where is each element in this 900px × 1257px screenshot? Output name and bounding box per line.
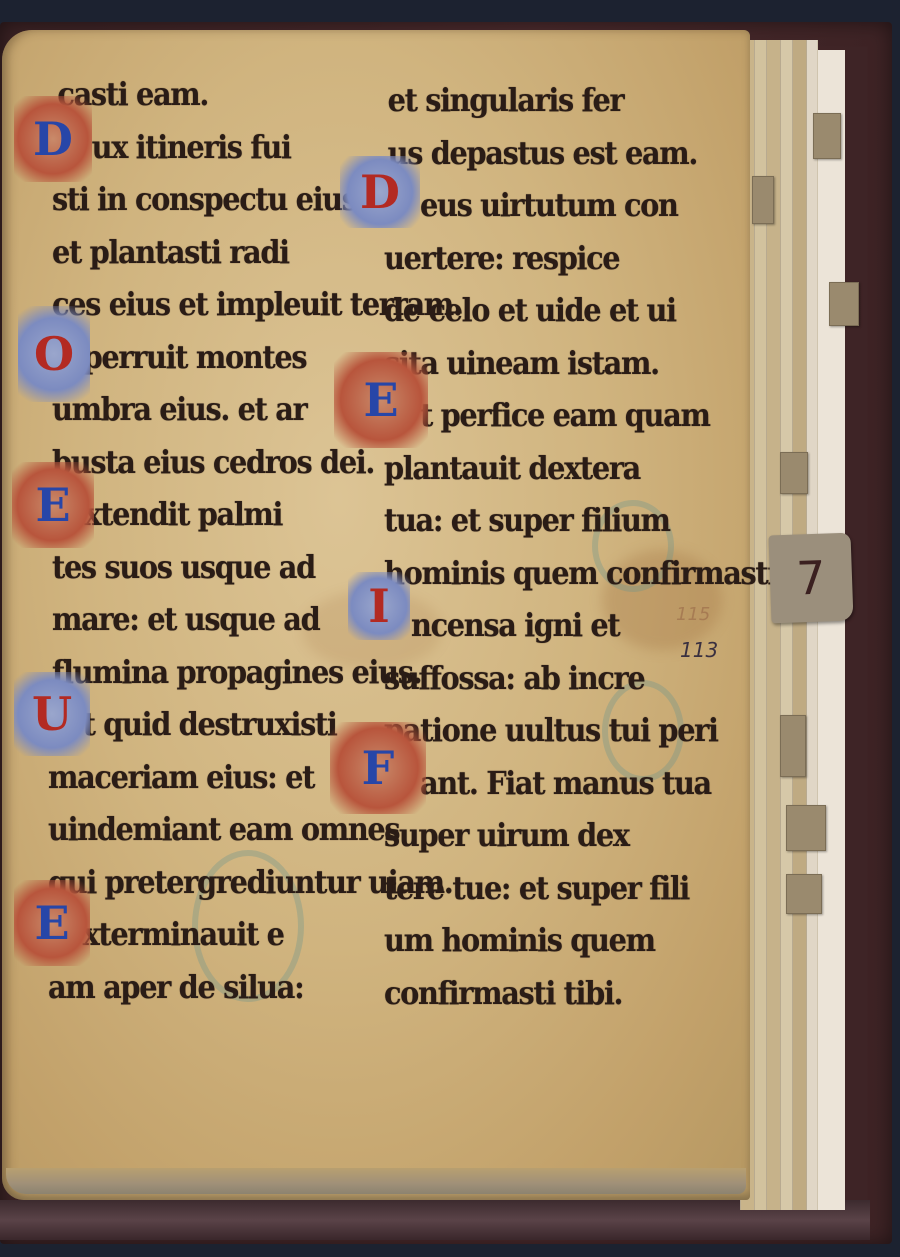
- page-tab-marker[interactable]: [813, 113, 841, 159]
- page-tab-marker[interactable]: [780, 452, 808, 494]
- text-line: ncensa igni et: [384, 599, 636, 652]
- page-bottom-edge: [6, 1168, 746, 1194]
- text-line: perruit montes: [52, 331, 313, 384]
- text-line: maceriam eius: et: [48, 751, 313, 804]
- faint-folio-number: 115: [676, 604, 710, 625]
- text-line: tes suos usque ad: [52, 541, 313, 594]
- right-text-column: et singularis fer us depastus est eam. e…: [384, 74, 664, 1019]
- text-line: ces eius et impleuit terram.: [52, 278, 313, 331]
- text-line: de celo et uide et ui: [384, 284, 636, 337]
- text-line: eus uirtutum con: [384, 179, 636, 232]
- text-line: confirmasti tibi.: [384, 967, 636, 1020]
- section-tab[interactable]: 7: [768, 533, 853, 624]
- text-line: plantauit dextera: [384, 442, 636, 495]
- page-tab-marker[interactable]: [752, 176, 774, 224]
- illuminated-initial-d: D: [14, 96, 92, 182]
- text-line: sti in conspectu eius:: [52, 173, 313, 226]
- text-line: uindemiant eam omnes: [48, 803, 313, 856]
- text-line: mare: et usque ad: [52, 593, 313, 646]
- page-tab-marker[interactable]: [786, 874, 822, 914]
- text-line: us depastus est eam.: [384, 127, 636, 180]
- page-tab-marker[interactable]: [786, 805, 826, 851]
- text-line: t quid destruxisti: [52, 698, 313, 751]
- illuminated-initial-e: E: [14, 880, 90, 966]
- text-line: am aper de silua:: [48, 961, 313, 1014]
- text-line: et plantasti radi: [52, 226, 313, 279]
- illuminated-initial-d: D: [340, 156, 420, 228]
- illuminated-initial-e: E: [12, 462, 94, 548]
- illuminated-initial-i: I: [348, 572, 410, 640]
- page-tab-marker[interactable]: [780, 715, 806, 777]
- illuminated-initial-o: O: [18, 306, 90, 402]
- text-line: tua: et super filium: [384, 494, 636, 547]
- illuminated-initial-e: E: [334, 352, 428, 448]
- folio-number: 113: [680, 638, 718, 662]
- text-line: uertere: respice: [384, 232, 636, 285]
- illuminated-initial-f: F: [330, 722, 426, 814]
- text-line: tere tue: et super fili: [384, 862, 636, 915]
- text-line: hominis quem confirmasti tibi.: [384, 547, 636, 600]
- text-line: umbra eius. et ar: [52, 383, 313, 436]
- text-line: super uirum dex: [384, 809, 636, 862]
- section-tab-label: 7: [795, 551, 826, 606]
- text-line: um hominis quem: [384, 914, 636, 967]
- left-text-column: casti eam. ux itineris fui sti in conspe…: [52, 68, 342, 1013]
- text-line: flumina propagines eius.: [52, 646, 313, 699]
- page-tab-marker[interactable]: [829, 282, 859, 326]
- text-line: xterminauit e: [52, 908, 313, 961]
- leaf-edge: [806, 40, 818, 1210]
- text-line: et singularis fer: [384, 74, 636, 127]
- illuminated-initial-u: U: [14, 672, 90, 756]
- text-line: suffossa: ab incre: [384, 652, 636, 705]
